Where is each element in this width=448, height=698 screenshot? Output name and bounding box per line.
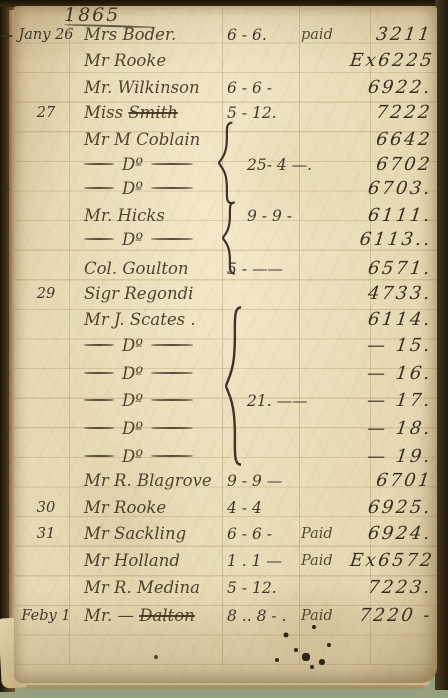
entry-name-text: Mr Rooke <box>84 498 166 517</box>
entry-amount: 6 - 6. <box>227 23 267 47</box>
entry-amount: 9 - 9 - <box>247 204 292 228</box>
ledger-row: 30Mr Rooke4 - 46925. <box>14 496 437 522</box>
entry-amount: 4 - 4 <box>227 496 262 520</box>
ditto-mark: Dº <box>122 155 143 174</box>
entry-amount: 5 - 12. <box>227 101 277 125</box>
ditto-dash <box>84 372 114 374</box>
ditto-dash <box>84 344 114 346</box>
entry-ref-number: 6113.. <box>349 228 434 252</box>
entry-amount: 25- 4 —. <box>247 153 312 177</box>
ledger-row: Dº— 15. <box>14 334 437 360</box>
entry-ref-number: 6922. <box>349 76 434 100</box>
ditto-dash <box>151 427 193 429</box>
entry-name-text: Col. Goulton <box>84 259 189 278</box>
ditto-dash <box>151 372 193 374</box>
entry-amount: 8 .. 8 - . <box>227 604 286 628</box>
entry-name-text: Mr R. Blagrove <box>84 471 212 490</box>
entry-name: Mr R. Blagrove <box>84 469 212 493</box>
ledger-row: 29Sigr Regondi4733. <box>14 282 437 308</box>
ditto-dash <box>151 399 193 401</box>
entry-ref-number: — 15. <box>349 334 434 358</box>
entry-name-struck: Smith <box>128 103 177 122</box>
ditto-dash <box>84 163 114 165</box>
entry-name: Dº <box>84 417 193 441</box>
entry-name: Mr Rooke <box>84 49 166 73</box>
ledger-row: Dº— 16. <box>14 362 437 388</box>
ditto-mark: Dº <box>122 336 143 355</box>
ditto-dash <box>84 238 114 240</box>
entry-date: Feby 1 <box>16 604 76 628</box>
entry-name: Mr. Hicks <box>84 204 165 228</box>
entry-ref-number: 7222 <box>349 101 434 125</box>
page-stack-edge <box>26 685 424 689</box>
ditto-dash <box>151 163 193 165</box>
entry-name-text: Miss <box>84 103 128 122</box>
ledger-row: Mr. Hicks9 - 9 -6111. <box>14 204 437 230</box>
ditto-dash <box>151 455 193 457</box>
entry-name: Dº <box>84 228 193 252</box>
entry-ref-number: 3211 <box>349 23 434 47</box>
ledger-row: Mr J. Scates .6114. <box>14 308 437 334</box>
entry-name: Dº <box>84 389 193 413</box>
ditto-mark: Dº <box>122 419 143 438</box>
entry-name: Col. Goulton <box>84 257 189 281</box>
entry-amount: 5 - 12. <box>227 576 277 600</box>
ledger-row: Col. Goulton5 - ——6571. <box>14 257 437 283</box>
entry-ref-number: 6114. <box>349 308 434 332</box>
entry-name: Mr M Coblain <box>84 128 200 152</box>
entry-name: Mrs Boder. <box>84 23 176 47</box>
entry-amount: 1 . 1 — <box>227 549 282 573</box>
entry-paid-note: Paid <box>301 604 333 628</box>
margin-tick <box>2 188 10 190</box>
entry-date: 27 <box>16 101 76 125</box>
entry-ref-number: 6925. <box>349 496 434 520</box>
entry-name: Mr J. Scates . <box>84 308 196 332</box>
entry-ref-number: 6924. <box>349 522 434 546</box>
ledger-row: Feby 1Mr. — Dalton8 .. 8 - .Paid7220 - <box>14 604 437 630</box>
entry-ref-number: 6701 <box>349 469 434 493</box>
entry-name-text: Mr R. Medina <box>84 578 200 597</box>
entry-name-text: Mrs Boder. <box>84 25 176 44</box>
entry-ref-number: 6111. <box>349 204 434 228</box>
entry-amount: 6 - 6 - <box>227 76 272 100</box>
entry-ref-number: 7223. <box>349 576 434 600</box>
ditto-dash <box>84 427 114 429</box>
margin-tick <box>2 434 9 436</box>
ledger-photo: 1865 Jany 26Mrs Boder.6 - 6.paid3211Mr R… <box>0 0 448 698</box>
ditto-dash <box>84 399 114 401</box>
entry-name: Dº <box>84 153 193 177</box>
entry-name-text: Mr. — <box>84 606 139 625</box>
ledger-row: Mr R. Blagrove9 - 9 —6701 <box>14 469 437 495</box>
entry-name-text: Mr. Wilkinson <box>84 78 200 97</box>
entry-ref-number: Ex6572 <box>349 549 434 573</box>
entry-name-text: Mr Holland <box>84 551 180 570</box>
entry-ref-number: 6703. <box>349 177 434 201</box>
entry-amount: 21. —— <box>247 389 308 413</box>
entry-name: Miss Smith <box>84 101 178 125</box>
entry-name: Mr Sackling <box>84 522 186 546</box>
entry-ref-number: 4733. <box>349 282 434 306</box>
ditto-dash <box>151 187 193 189</box>
entry-name-text: Mr Sackling <box>84 524 186 543</box>
entry-date: 31 <box>16 522 76 546</box>
entry-amount: 9 - 9 — <box>227 469 282 493</box>
ditto-mark: Dº <box>122 391 143 410</box>
entry-name-text: Sigr Regondi <box>84 284 193 303</box>
ditto-mark: Dº <box>122 447 143 466</box>
ditto-dash <box>84 187 114 189</box>
entry-amount: 6 - 6 - <box>227 522 272 546</box>
ditto-mark: Dº <box>122 230 143 249</box>
ledger-page: 1865 Jany 26Mrs Boder.6 - 6.paid3211Mr R… <box>14 6 437 683</box>
margin-tick <box>1 35 13 37</box>
entry-name-text: Mr M Coblain <box>84 130 200 149</box>
entry-name-text: Mr J. Scates . <box>84 310 196 329</box>
entry-name: Dº <box>84 445 193 469</box>
entry-paid-note: Paid <box>301 522 333 546</box>
ledger-row: Dº6703. <box>14 177 437 203</box>
ledger-row: Mr. Wilkinson6 - 6 -6922. <box>14 76 437 102</box>
entry-ref-number: — 17. <box>349 389 434 413</box>
ledger-row: Jany 26Mrs Boder.6 - 6.paid3211 <box>14 23 437 49</box>
entry-ref-number: 6702 <box>349 153 434 177</box>
entry-ref-number: — 16. <box>349 362 434 386</box>
entry-name: Mr R. Medina <box>84 576 200 600</box>
ledger-row: Dº— 19. <box>14 445 437 471</box>
entry-date: 29 <box>16 282 76 306</box>
entry-name-text: Mr Rooke <box>84 51 166 70</box>
entry-ref-number: 6571. <box>349 257 434 281</box>
entry-name: Mr. — Dalton <box>84 604 195 628</box>
ledger-row: Dº— 18. <box>14 417 437 443</box>
ledger-row: Dº6113.. <box>14 228 437 254</box>
entry-ref-number: Ex6225 <box>349 49 434 73</box>
entry-name: Mr. Wilkinson <box>84 76 200 100</box>
entry-name: Dº <box>84 334 193 358</box>
entry-date: Jany 26 <box>16 23 76 47</box>
entry-ref-number: 6642 <box>349 128 434 152</box>
ledger-row: Mr Holland1 . 1 —PaidEx6572 <box>14 549 437 575</box>
ditto-dash <box>151 344 193 346</box>
ditto-dash <box>84 455 114 457</box>
entry-name: Mr Holland <box>84 549 180 573</box>
ledger-row: Dº21. ——— 17. <box>14 389 437 415</box>
entry-name: Dº <box>84 177 193 201</box>
entry-name-text: Mr. Hicks <box>84 206 165 225</box>
entry-date: 30 <box>16 496 76 520</box>
ledger-row: Mr M Coblain6642 <box>14 128 437 154</box>
ditto-mark: Dº <box>122 179 143 198</box>
entry-paid-note: paid <box>301 23 333 47</box>
ledger-row: 27Miss Smith5 - 12.7222 <box>14 101 437 127</box>
entry-amount: 5 - —— <box>227 257 283 281</box>
entry-name: Mr Rooke <box>84 496 166 520</box>
entry-ref-number: — 19. <box>349 445 434 469</box>
ledger-row: Mr R. Medina5 - 12.7223. <box>14 576 437 602</box>
entry-ref-number: 7220 - <box>349 604 434 628</box>
ledger-row: Mr RookeEx6225 <box>14 49 437 75</box>
ditto-dash <box>151 238 193 240</box>
entry-name: Sigr Regondi <box>84 282 193 306</box>
ledger-row: Dº25- 4 —.6702 <box>14 153 437 179</box>
ledger-row: 31Mr Sackling6 - 6 -Paid6924. <box>14 522 437 548</box>
entry-ref-number: — 18. <box>349 417 434 441</box>
ditto-mark: Dº <box>122 364 143 383</box>
ink-blots <box>14 6 16 8</box>
entry-name-struck: Dalton <box>139 606 195 625</box>
entry-name: Dº <box>84 362 193 386</box>
entry-paid-note: Paid <box>301 549 333 573</box>
